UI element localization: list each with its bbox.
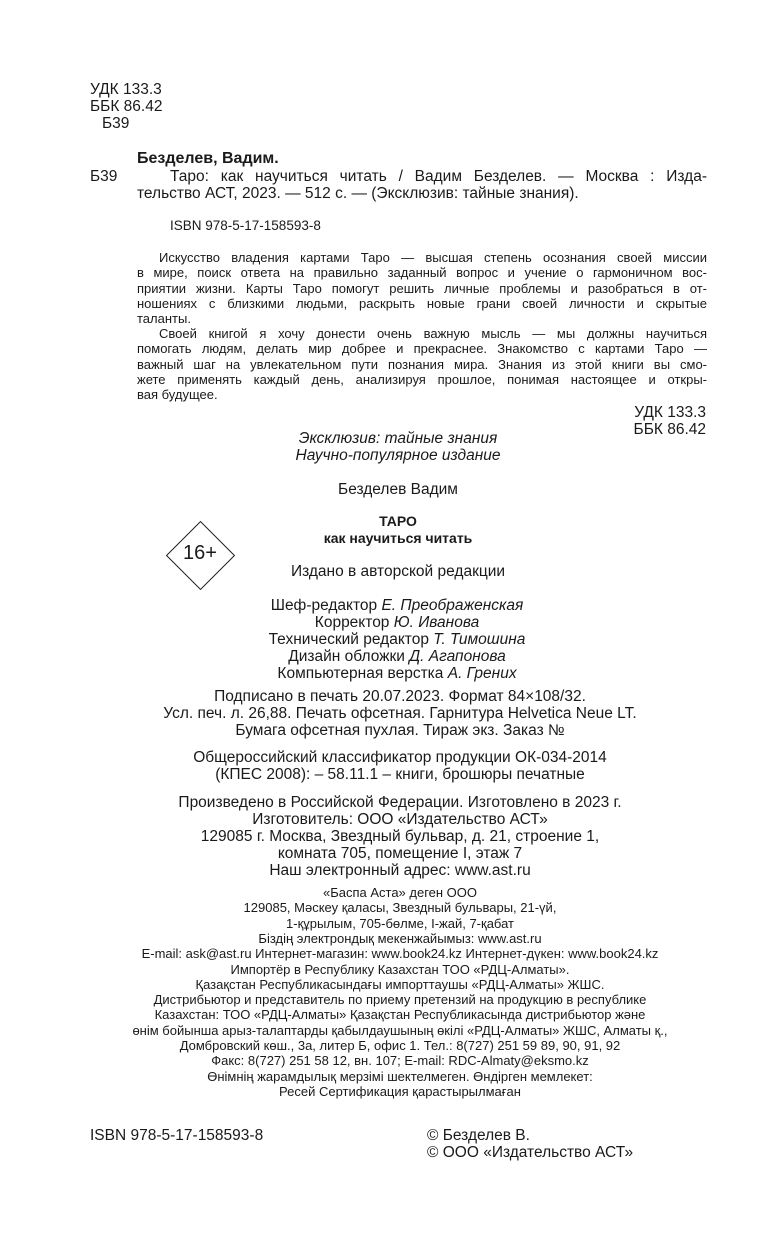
manufacturer-line: комната 705, помещение I, этаж 7 <box>40 845 760 862</box>
kazakh-info-line: Өнімнің жарамдылық мерзімі шектелмеген. … <box>40 1069 760 1084</box>
bibliographic-description: Таро: как научиться читать / Вадим Безде… <box>137 168 707 202</box>
kazakh-info-line: «Баспа Аста» деген ООО <box>40 885 760 900</box>
kazakh-info-line: Дистрибьютор и представитель по приему п… <box>40 992 760 1007</box>
annotation-line: ношениях с близкими людьми, раскрыть нов… <box>137 296 707 311</box>
isbn-record: ISBN 978-5-17-158593-8 <box>170 218 321 234</box>
annotation-line: в мире, поиск ответа на правильно заданн… <box>137 265 707 280</box>
bbk-code-secondary: ББК 86.42 <box>634 421 706 438</box>
credit-name: Е. Преображенская <box>381 597 523 614</box>
kazakh-info-line: 1-құрылым, 705-бөлме, I-жай, 7-қабат <box>40 916 760 931</box>
credit-role: Шеф-редактор <box>271 597 382 614</box>
credit-name: Ю. Иванова <box>394 614 479 631</box>
kazakh-info-line: E-mail: ask@ast.ru Интернет-магазин: www… <box>40 946 760 961</box>
credit-name: Т. Тимошина <box>433 631 525 648</box>
manufacturer-line: Изготовитель: ООО «Издательство АСТ» <box>40 811 760 828</box>
annotation-line: вая будущее. <box>137 387 707 402</box>
annotation-line: приятии жизни. Карты Таро помогут решить… <box>137 281 707 296</box>
description-line-2: тельство АСТ, 2023. — 512 с. — (Эксклюзи… <box>137 185 707 202</box>
credit-role: Дизайн обложки <box>288 648 409 665</box>
kazakh-info-line: өнім бойынша арыз-талаптарды қабылдаушын… <box>40 1023 760 1038</box>
annotation-line: Своей книгой я хочу донести очень важную… <box>137 326 707 341</box>
kazakh-info-line: Факс: 8(727) 251 58 12, вн. 107; E-mail:… <box>40 1053 760 1068</box>
kazakh-info-line: Қазақстан Республикасындағы импорттаушы … <box>40 977 760 992</box>
kazakh-info-line: 129085, Мәскеу қаласы, Звездный бульвары… <box>40 900 760 915</box>
credit-role: Компьютерная верстка <box>277 665 447 682</box>
annotation-line: таланты. <box>137 311 707 326</box>
author-name: Безделев Вадим <box>198 481 598 498</box>
udk-code: УДК 133.3 <box>90 81 162 98</box>
kazakh-info-line: Домбровский көш., 3а, литер Б, офис 1. Т… <box>40 1038 760 1053</box>
description-line-1: Таро: как научиться читать / Вадим Безде… <box>137 168 707 185</box>
credit-role: Корректор <box>315 614 394 631</box>
kazakh-info-line: Казахстан: ТОО «РДЦ-Алматы» Қазақстан Ре… <box>40 1007 760 1022</box>
annotation-paragraph-1: Искусство владения картами Таро — высшая… <box>137 250 707 326</box>
isbn-footer: ISBN 978-5-17-158593-8 <box>90 1127 263 1144</box>
credit-line: Компьютерная верстка А. Грених <box>197 665 597 682</box>
manufacturer-line: 129085 г. Москва, Звездный бульвар, д. 2… <box>40 828 760 845</box>
print-info-line: Бумага офсетная пухлая. Тираж экз. Заказ… <box>40 722 760 739</box>
credit-line: Дизайн обложки Д. Агапонова <box>197 648 597 665</box>
series-name: Эксклюзив: тайные знания <box>198 430 598 447</box>
credit-name: Д. Агапонова <box>409 648 505 665</box>
author-mark: Б39 <box>102 115 129 132</box>
credit-line: Шеф-редактор Е. Преображенская <box>197 597 597 614</box>
copyright-author: © Безделев В. <box>427 1127 530 1144</box>
book-title: ТАРО <box>198 513 598 530</box>
print-info-line: Усл. печ. л. 26,88. Печать офсетная. Гар… <box>40 705 760 722</box>
udk-code-secondary: УДК 133.3 <box>634 404 706 421</box>
record-author-mark: Б39 <box>90 168 117 185</box>
credit-line: Технический редактор Т. Тимошина <box>197 631 597 648</box>
annotation-paragraph-2: Своей книгой я хочу донести очень важную… <box>137 326 707 402</box>
credit-name: А. Грених <box>448 665 517 682</box>
edition-note: Издано в авторской редакции <box>198 563 598 580</box>
book-subtitle: как научиться читать <box>198 530 598 547</box>
kazakh-info-line: Біздің электрондық мекенжайымыз: www.ast… <box>40 931 760 946</box>
print-info-line: Подписано в печать 20.07.2023. Формат 84… <box>40 688 760 705</box>
credit-line: Корректор Ю. Иванова <box>197 614 597 631</box>
classifier-line: (КПЕС 2008): – 58.11.1 – книги, брошюры … <box>40 766 760 783</box>
manufacturer-line: Наш электронный адрес: www.ast.ru <box>40 862 760 879</box>
copyright-publisher: © ООО «Издательство АСТ» <box>427 1144 633 1161</box>
age-rating: 16+ <box>153 541 247 565</box>
annotation-line: Искусство владения картами Таро — высшая… <box>137 250 707 265</box>
author-heading: Безделев, Вадим. <box>137 150 279 168</box>
credit-role: Технический редактор <box>269 631 434 648</box>
edition-type: Научно-популярное издание <box>198 447 598 464</box>
annotation-line: жете применять каждый день, анализируя п… <box>137 372 707 387</box>
kazakh-info-line: Импортёр в Республику Казахстан ТОО «РДЦ… <box>40 962 760 977</box>
annotation-line: важный шаг на увлекательном пути познани… <box>137 357 707 372</box>
bbk-code: ББК 86.42 <box>90 98 162 115</box>
manufacturer-line: Произведено в Российской Федерации. Изго… <box>40 794 760 811</box>
classifier-line: Общероссийский классификатор продукции О… <box>40 749 760 766</box>
annotation-line: помогать людям, делать мир добрее и прек… <box>137 341 707 356</box>
kazakh-info-line: Ресей Сертификация қарастырылмаған <box>40 1084 760 1099</box>
